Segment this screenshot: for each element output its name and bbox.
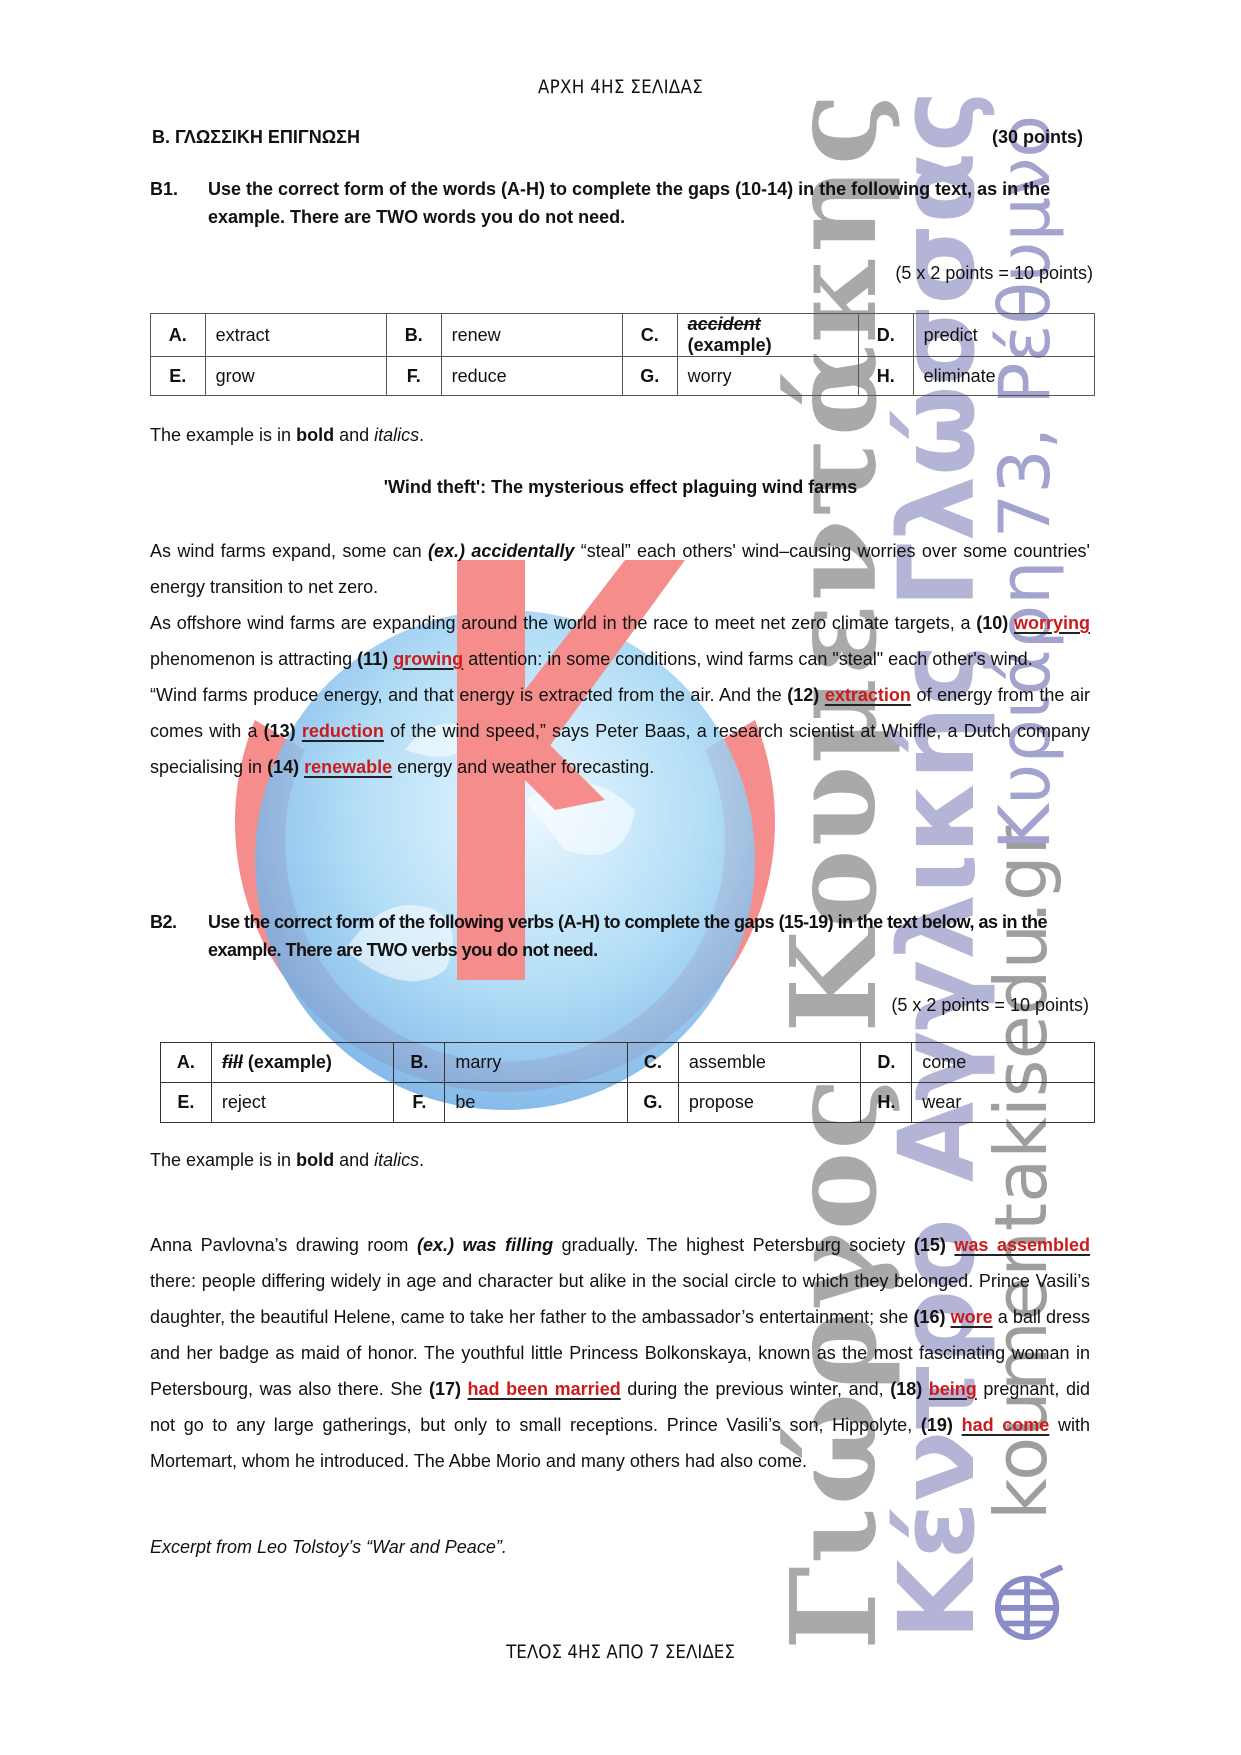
answer-18: being <box>929 1379 977 1399</box>
b2-instruction: B2. Use the correct form of the followin… <box>150 908 1090 964</box>
option-word: accident (example) <box>677 314 858 357</box>
b1-word-table: A.extractB.renewC.accident (example)D.pr… <box>150 313 1095 396</box>
option-letter: D. <box>858 314 913 357</box>
option-word: wear <box>912 1083 1095 1123</box>
section-title: B. ΓΛΩΣΣΙΚΗ ΕΠΙΓΝΩΣΗ <box>152 127 360 148</box>
b1-instruction: B1. Use the correct form of the words (A… <box>150 175 1090 231</box>
option-word: worry <box>677 357 858 396</box>
b1-points: (5 x 2 points = 10 points) <box>895 263 1093 284</box>
page-header: ΑΡΧΗ 4ΗΣ ΣΕΛΙΔΑΣ <box>74 76 1166 98</box>
b1-instruction-text: Use the correct form of the words (A-H) … <box>208 175 1090 231</box>
b2-word-table: A.fill (example)B.marryC.assembleD.comeE… <box>160 1042 1095 1123</box>
b2-example-note: The example is in bold and italics. <box>150 1150 424 1171</box>
example-answer: accidentally <box>471 541 574 561</box>
option-letter: F. <box>386 357 441 396</box>
answer-16: wore <box>951 1307 993 1327</box>
b2-instruction-text: Use the correct form of the following ve… <box>208 908 1090 964</box>
b2-number: B2. <box>150 908 177 936</box>
option-letter: F. <box>394 1083 445 1123</box>
source-citation: Excerpt from Leo Tolstoy’s “War and Peac… <box>150 1537 507 1558</box>
option-word: be <box>445 1083 628 1123</box>
option-word: come <box>912 1043 1095 1083</box>
option-letter: D. <box>861 1043 912 1083</box>
option-letter: A. <box>151 314 206 357</box>
answer-19: had come <box>962 1415 1050 1435</box>
table-row: E.growF.reduceG.worryH.eliminate <box>151 357 1095 396</box>
option-word: reduce <box>441 357 622 396</box>
option-letter: G. <box>627 1083 678 1123</box>
answer-17: had been married <box>468 1379 621 1399</box>
answer-11: growing <box>393 649 463 669</box>
option-letter: E. <box>161 1083 212 1123</box>
page-footer: ΤΕΛΟΣ 4ΗΣ ΑΠΟ 7 ΣΕΛΙΔΕΣ <box>74 1641 1166 1663</box>
b2-text: Anna Pavlovna’s drawing room (ex.) was f… <box>150 1227 1090 1479</box>
option-letter: C. <box>627 1043 678 1083</box>
option-word: marry <box>445 1043 628 1083</box>
answer-13: reduction <box>302 721 384 741</box>
option-word: fill (example) <box>211 1043 394 1083</box>
b1-number: B1. <box>150 175 178 203</box>
option-word: grow <box>205 357 386 396</box>
option-letter: B. <box>394 1043 445 1083</box>
option-letter: C. <box>622 314 677 357</box>
b1-example-note: The example is in bold and italics. <box>150 425 424 446</box>
table-row: A.extractB.renewC.accident (example)D.pr… <box>151 314 1095 357</box>
option-word: renew <box>441 314 622 357</box>
option-word: reject <box>211 1083 394 1123</box>
option-word: extract <box>205 314 386 357</box>
option-letter: H. <box>861 1083 912 1123</box>
article-title: 'Wind theft': The mysterious effect plag… <box>0 477 1241 498</box>
b1-text: As wind farms expand, some can (ex.) acc… <box>150 533 1090 785</box>
option-letter: H. <box>858 357 913 396</box>
section-points: (30 points) <box>992 127 1083 148</box>
option-word: assemble <box>678 1043 861 1083</box>
option-word: predict <box>913 314 1094 357</box>
option-word: eliminate <box>913 357 1094 396</box>
option-letter: G. <box>622 357 677 396</box>
option-word: propose <box>678 1083 861 1123</box>
table-row: E.rejectF.beG.proposeH.wear <box>161 1083 1095 1123</box>
table-row: A.fill (example)B.marryC.assembleD.come <box>161 1043 1095 1083</box>
answer-14: renewable <box>304 757 392 777</box>
answer-12: extraction <box>825 685 911 705</box>
option-letter: B. <box>386 314 441 357</box>
option-letter: A. <box>161 1043 212 1083</box>
answer-10: worrying <box>1014 613 1090 633</box>
option-letter: E. <box>151 357 206 396</box>
example-answer-b2: was filling <box>463 1235 554 1255</box>
b2-points: (5 x 2 points = 10 points) <box>891 995 1089 1016</box>
answer-15: was assembled <box>954 1235 1090 1255</box>
